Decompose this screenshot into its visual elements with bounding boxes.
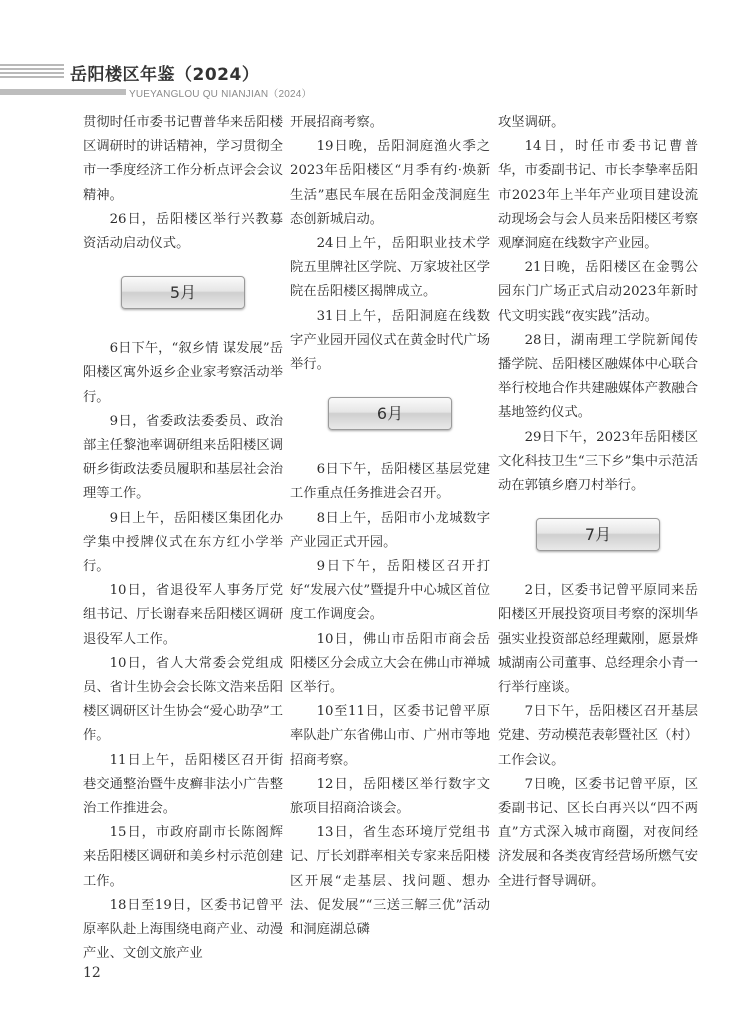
event-entry: 29日下午，2023年岳阳楼区文化科技卫生“三下乡”集中示范活动在郭镇乡磨刀村举… — [498, 426, 698, 499]
page-number: 12 — [83, 965, 101, 981]
month-heading: 5月 — [121, 276, 245, 309]
yearbook-subtitle: YUEYANGLOU QU NIANJIAN（2024） — [129, 85, 312, 100]
event-entry: 28日，湖南理工学院新闻传播学院、岳阳楼区融媒体中心联合举行校地合作共建融媒体产… — [498, 329, 698, 426]
page-header: 岳阳楼区年鉴（2024） YUEYANGLOU QU NIANJIAN（2024… — [0, 58, 750, 98]
event-entry: 10日，省退役军人事务厅党组书记、厅长谢春来岳阳楼区调研退役军人工作。 — [83, 579, 283, 652]
event-entry: 9日下午，岳阳楼区召开打好“发展六仗”暨提升中心城区首位度工作调度会。 — [290, 555, 490, 628]
continued-paragraph: 攻坚调研。 — [498, 111, 698, 135]
event-entry: 21日晚，岳阳楼区在金鹗公园东门广场正式启动2023年新时代文明实践“夜实践”活… — [498, 256, 698, 329]
event-entry: 31日上午，岳阳洞庭在线数字产业园开园仪式在黄金时代广场举行。 — [290, 305, 490, 378]
event-entry: 14日，时任市委书记曹普华，市委副书记、市长李挚率岳阳市2023年上半年产业项目… — [498, 135, 698, 256]
text-column-2: 开展招商考察。19日晚，岳阳洞庭渔火季之2023年岳阳楼区“月季有约·焕新生活”… — [290, 111, 490, 942]
month-heading: 7月 — [536, 518, 660, 551]
event-entry: 12日，岳阳楼区举行数字文旅项目招商洽谈会。 — [290, 773, 490, 821]
event-entry: 26日，岳阳楼区举行兴教募资活动启动仪式。 — [83, 208, 283, 256]
event-entry: 24日上午，岳阳职业技术学院五里牌社区学院、万家坡社区学院在岳阳楼区揭牌成立。 — [290, 232, 490, 305]
event-entry: 7日下午，岳阳楼区召开基层党建、劳动模范表彰暨社区（村）工作会议。 — [498, 700, 698, 773]
event-entry: 10至11日，区委书记曾平原率队赴广东省佛山市、广州市等地招商考察。 — [290, 700, 490, 773]
event-entry: 10日，省人大常委会党组成员、省计生协会会长陈文浩来岳阳楼区调研区计生协会“爱心… — [83, 652, 283, 749]
event-entry: 19日晚，岳阳洞庭渔火季之2023年岳阳楼区“月季有约·焕新生活”惠民车展在岳阳… — [290, 135, 490, 232]
event-entry: 6日下午，岳阳楼区基层党建工作重点任务推进会召开。 — [290, 458, 490, 506]
event-entry: 9日，省委政法委委员、政治部主任黎池率调研组来岳阳楼区调研乡街政法委员履职和基层… — [83, 410, 283, 507]
yearbook-title: 岳阳楼区年鉴（2024） — [70, 60, 259, 85]
event-entry: 18日至19日，区委书记曾平原率队赴上海围绕电商产业、动漫产业、文创文旅产业 — [83, 894, 283, 967]
event-entry: 2日，区委书记曾平原同来岳阳楼区开展投资项目考察的深圳华强实业投资部总经理戴刚，… — [498, 579, 698, 700]
event-entry: 7日晚，区委书记曾平原，区委副书记、区长白再兴以“四不两直”方式深入城市商圈，对… — [498, 773, 698, 894]
event-entry: 15日，市政府副市长陈阁辉来岳阳楼区调研和美乡村示范创建工作。 — [83, 821, 283, 894]
event-entry: 13日，省生态环境厅党组书记、厅长刘群率相关专家来岳阳楼区开展“走基层、找问题、… — [290, 821, 490, 942]
event-entry: 6日下午，“叙乡情 谋发展”岳阳楼区寓外返乡企业家考察活动举行。 — [83, 337, 283, 410]
event-entry: 8日上午，岳阳市小龙城数字产业园正式开园。 — [290, 507, 490, 555]
header-bar-decoration — [0, 89, 126, 95]
month-heading: 6月 — [328, 397, 452, 430]
text-column-1: 贯彻时任市委书记曹普华来岳阳楼区调研时的讲话精神，学习贯彻全市一季度经济工作分析… — [83, 111, 283, 967]
event-entry: 11日上午，岳阳楼区召开街巷交通整治暨牛皮癣非法小广告整治工作推进会。 — [83, 749, 283, 822]
event-entry: 10日，佛山市岳阳市商会岳阳楼区分会成立大会在佛山市禅城区举行。 — [290, 628, 490, 701]
event-entry: 9日上午，岳阳楼区集团化办学集中授牌仪式在东方红小学举行。 — [83, 507, 283, 580]
text-column-3: 攻坚调研。14日，时任市委书记曹普华，市委副书记、市长李挚率岳阳市2023年上半… — [498, 111, 698, 894]
continued-paragraph: 贯彻时任市委书记曹普华来岳阳楼区调研时的讲话精神，学习贯彻全市一季度经济工作分析… — [83, 111, 283, 208]
header-stripes-decoration — [0, 64, 64, 82]
continued-paragraph: 开展招商考察。 — [290, 111, 490, 135]
